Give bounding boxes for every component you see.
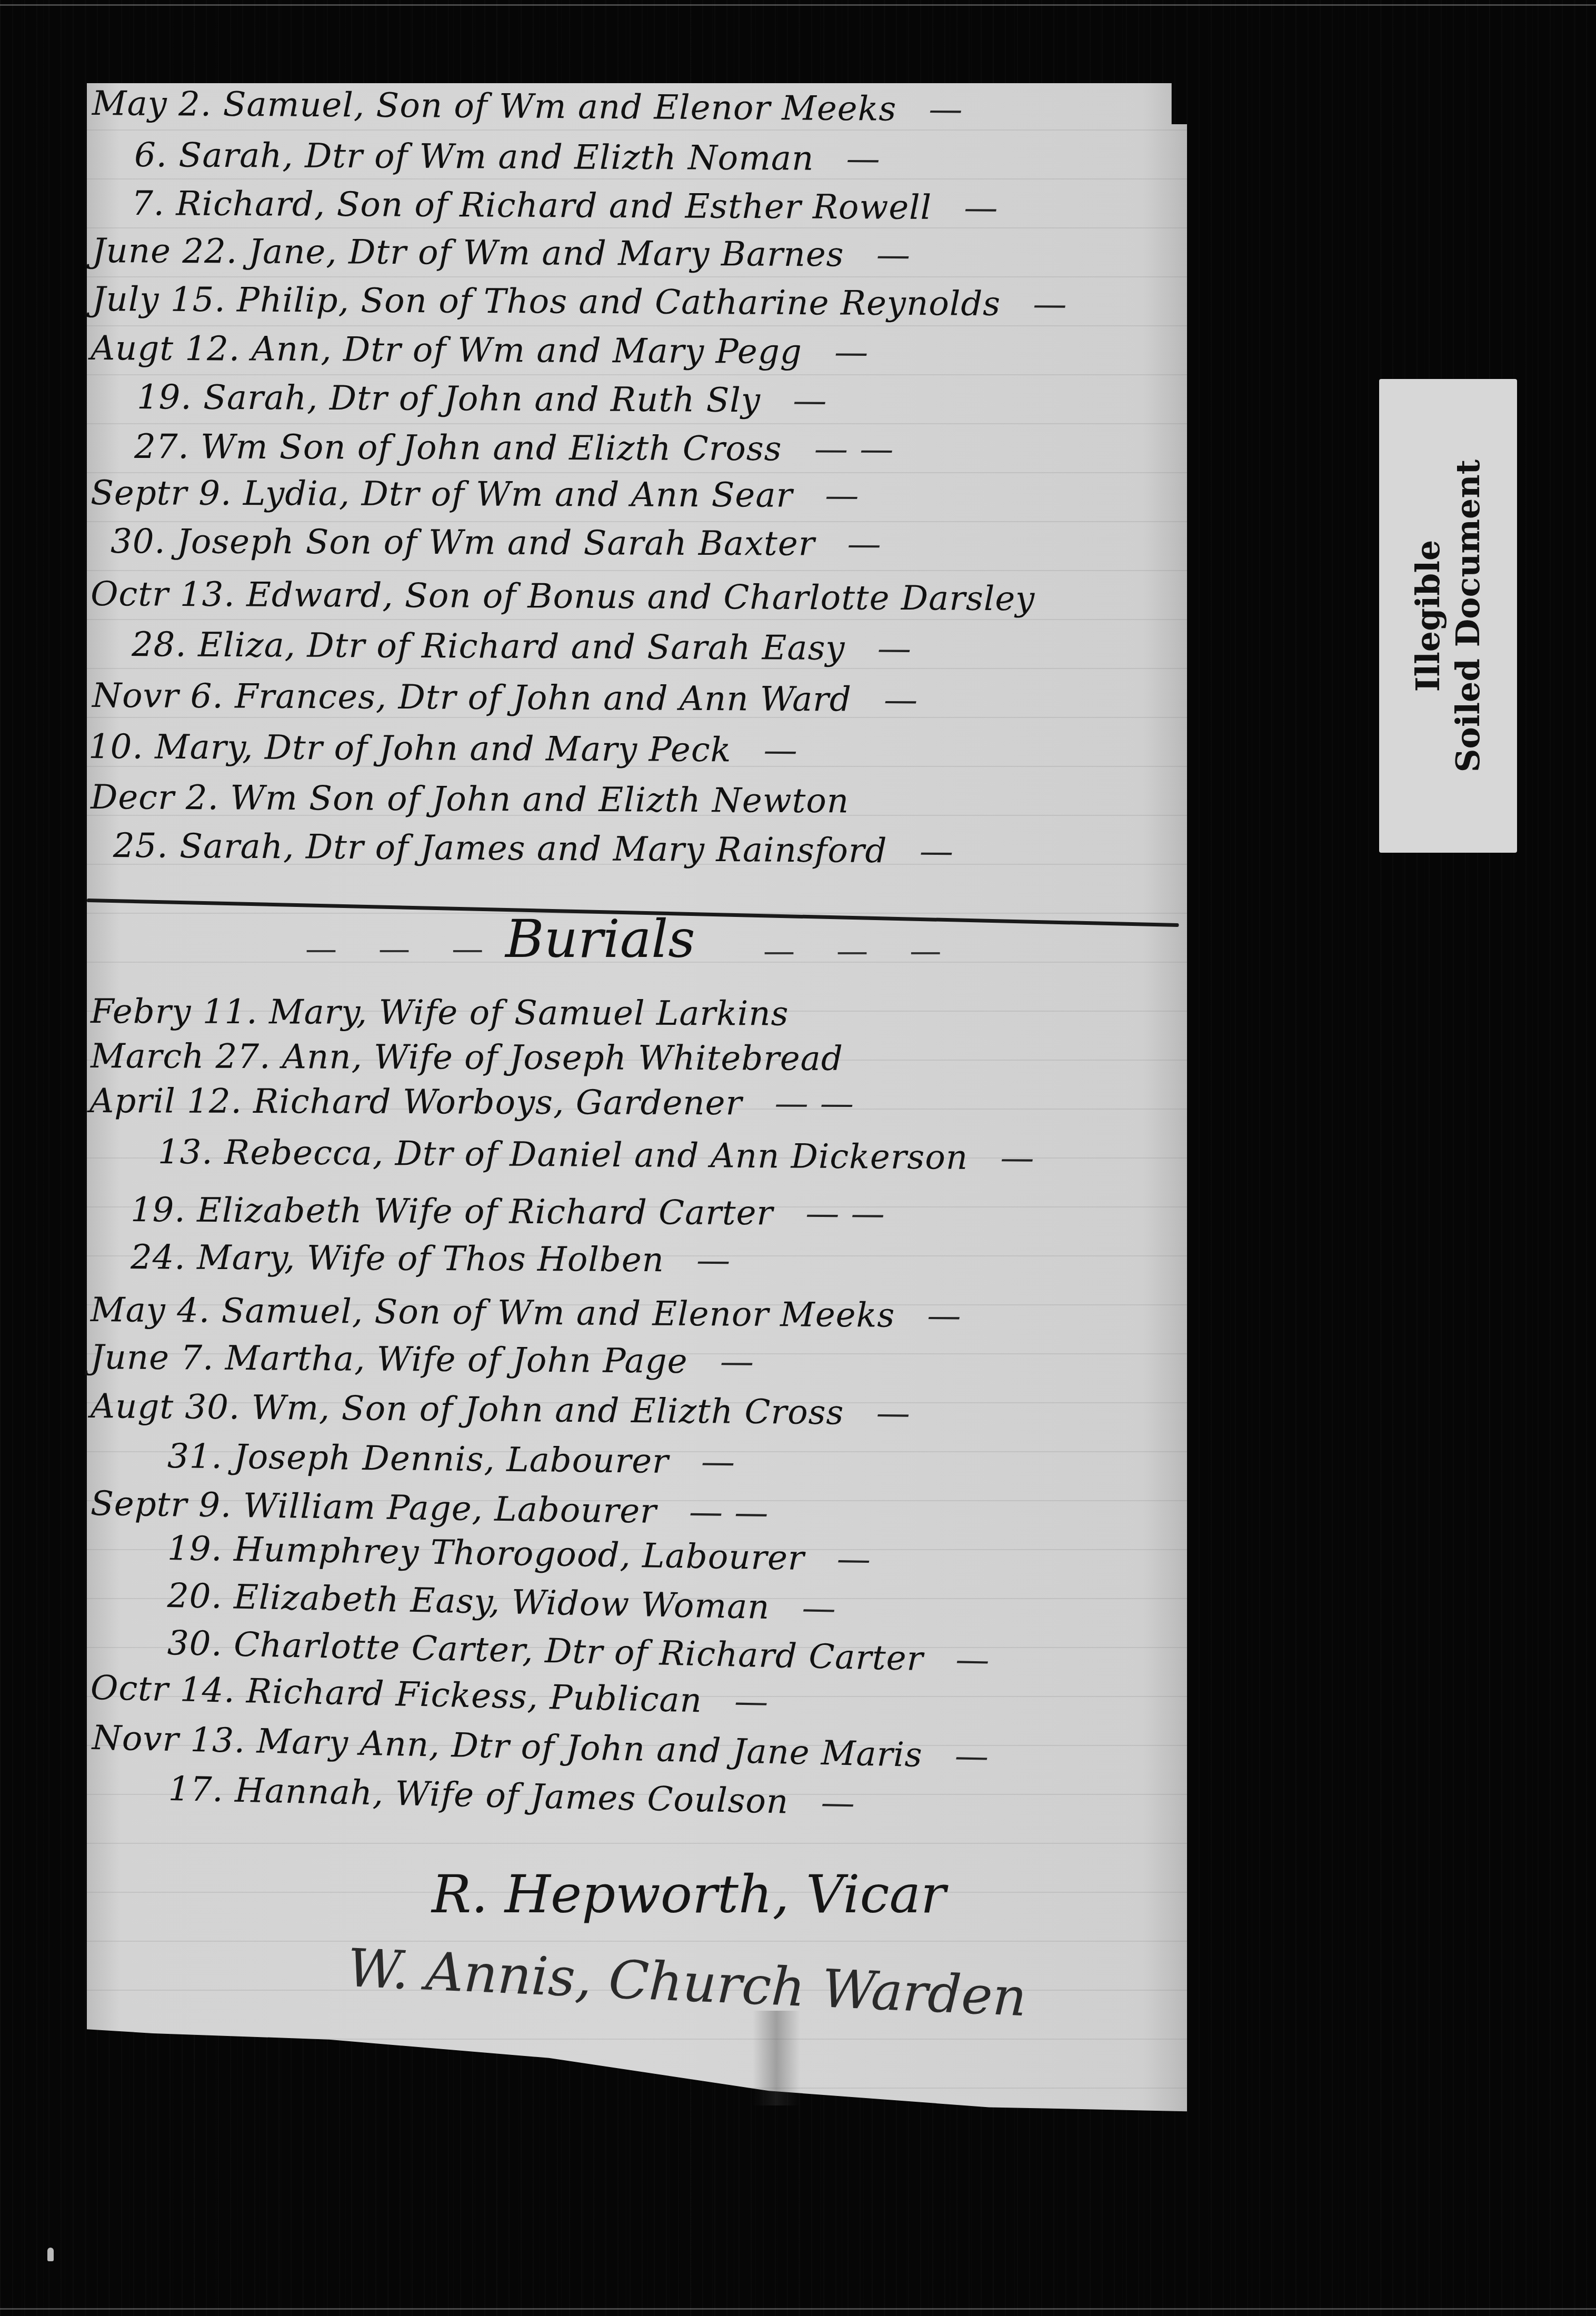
entry-trail: — (793, 382, 827, 421)
burial-entry: 13. Rebecca, Dtr of Daniel and Ann Dicke… (158, 1133, 1035, 1178)
entry-text: Samuel, Son of Wm and Elenor Meeks (223, 85, 896, 129)
entry-trail: — — (814, 430, 894, 470)
entry-date: Septr 9. (91, 474, 232, 513)
entry-trail: — (955, 1640, 991, 1680)
burial-entry: 19. Elizabeth Wife of Richard Carter — — (131, 1191, 885, 1234)
entry-trail: — (920, 832, 954, 871)
entry-trail: — (877, 629, 912, 668)
entry-trail: — (764, 731, 798, 770)
entry-date: 19. (131, 1191, 186, 1230)
baptism-entry: May 2. Samuel, Son of Wm and Elenor Meek… (92, 84, 963, 129)
entry-trail: — (720, 1342, 755, 1381)
entry-date: June 22. (92, 232, 237, 271)
entry-date: 17. (168, 1770, 224, 1810)
entry-text: Martha, Wife of John Page (225, 1339, 687, 1381)
baptism-entry: 30. Joseph Son of Wm and Sarah Baxter — (111, 522, 882, 564)
entry-trail: — (876, 1394, 911, 1433)
entry-date: 6. (134, 136, 167, 175)
entry-date: 31. (167, 1437, 223, 1476)
baptism-entry: Augt 12. Ann, Dtr of Wm and Mary Pegg — (91, 329, 869, 372)
entry-text: Eliza, Dtr of Richard and Sarah Easy (198, 626, 845, 668)
entry-text: Lydia, Dtr of Wm and Ann Sear (243, 474, 793, 515)
entry-date: 19. (137, 378, 192, 417)
entry-text: Ann, Wife of Joseph Whitebread (282, 1037, 843, 1079)
entry-text: Wm Son of John and Elizth Cross (201, 427, 782, 468)
entry-trail: — — (689, 1493, 769, 1533)
entry-date: 25. (113, 826, 168, 866)
entry-date: 7. (132, 184, 165, 223)
entry-date: 20. (167, 1576, 223, 1616)
baptism-entry: 27. Wm Son of John and Elizth Cross — — (134, 427, 894, 469)
baptism-entry: Novr 6. Frances, Dtr of John and Ann War… (92, 676, 918, 720)
label-line-illegible: Illegible (1408, 460, 1448, 772)
burial-entry: March 27. Ann, Wife of Joseph Whitebread (91, 1037, 864, 1079)
baptism-entry: July 15. Philip, Son of Thos and Cathari… (92, 280, 1068, 324)
entry-trail: — (929, 90, 963, 129)
entry-date: Augt 12. (91, 329, 241, 368)
entry-trail: — (1033, 285, 1067, 324)
baptism-entry: Septr 9. Lydia, Dtr of Wm and Ann Sear — (91, 474, 860, 515)
burial-entry: Augt 30. Wm, Son of John and Elizth Cros… (91, 1387, 911, 1433)
entry-text: Mary, Wife of Thos Holben (197, 1239, 664, 1280)
vicar-signature: R. Hepworth, Vicar (432, 1863, 946, 1925)
entry-date: 24. (131, 1238, 186, 1277)
entry-date: June 7. (91, 1338, 214, 1378)
entry-date: Septr 9. (90, 1484, 232, 1525)
entry-text: Sarah, Dtr of James and Mary Rainsford (179, 827, 887, 871)
film-frame-mark (47, 2248, 54, 2261)
entry-date: 27. (134, 427, 189, 466)
entry-date: Novr 6. (92, 676, 224, 716)
entry-date: April 12. (89, 1082, 242, 1121)
film-bottom-edge (0, 2308, 1596, 2310)
entry-trail: — (964, 188, 998, 227)
page-fold-shadow (753, 2011, 800, 2105)
entry-text: Sarah, Dtr of John and Ruth Sly (203, 378, 761, 421)
entry-trail: — (847, 525, 882, 564)
baptism-entry: 19. Sarah, Dtr of John and Ruth Sly — (137, 378, 827, 421)
entry-trail: — (846, 139, 880, 178)
label-text: Illegible Soiled Document (1408, 460, 1488, 772)
baptism-entry: June 22. Jane, Dtr of Wm and Mary Barnes… (92, 232, 911, 275)
entry-trail: — (802, 1589, 836, 1628)
entry-trail: — (884, 681, 918, 720)
entry-date: 30. (111, 522, 166, 561)
burial-entry: May 4. Samuel, Son of Wm and Elenor Meek… (91, 1291, 962, 1336)
baptism-entry: 7. Richard, Son of Richard and Esther Ro… (132, 184, 999, 228)
entry-trail: — (734, 1682, 769, 1722)
entry-text: Philip, Son of Thos and Catharine Reynol… (237, 281, 1001, 324)
heading-right-dashes: — — — (763, 933, 957, 970)
entry-text: Jane, Dtr of Wm and Mary Barnes (248, 233, 844, 275)
entry-trail: — (1000, 1139, 1035, 1177)
entry-trail: — (696, 1241, 731, 1280)
baptism-entry: 25. Sarah, Dtr of James and Mary Rainsfo… (113, 826, 954, 871)
entry-date: Novr 13. (92, 1719, 246, 1761)
entry-text: Joseph Son of Wm and Sarah Baxter (177, 522, 815, 563)
entry-date: 10. (88, 727, 144, 767)
entry-trail: — — (774, 1084, 854, 1124)
entry-date: Octr 13. (91, 575, 235, 614)
heading-left-dashes: — — — (305, 931, 499, 967)
burials-heading: Burials (505, 908, 695, 970)
entry-date: 28. (132, 625, 187, 665)
entry-date: Febry 11. (91, 992, 258, 1032)
baptism-entry: Decr 2. Wm Son of John and Elizth Newton (91, 778, 870, 821)
entry-text: Ann, Dtr of Wm and Mary Pegg (251, 330, 802, 372)
burial-entry: Febry 11. Mary, Wife of Samuel Larkins (91, 992, 810, 1034)
entry-text: Samuel, Son of Wm and Elenor Meeks (221, 1292, 895, 1335)
entry-trail: — (701, 1443, 736, 1482)
entry-text: Sarah, Dtr of Wm and Elizth Noman (178, 136, 814, 178)
baptism-entry: Octr 13. Edward, Son of Bonus and Charlo… (91, 575, 1056, 619)
entry-date: May 2. (92, 84, 212, 124)
entry-date: 30. (167, 1624, 223, 1664)
entry-trail: — (876, 236, 911, 275)
entry-text: Richard, Son of Richard and Esther Rowel… (176, 184, 932, 227)
entry-text: Wm Son of John and Elizth Newton (230, 778, 849, 821)
entry-text: Frances, Dtr of John and Ann Ward (235, 677, 852, 719)
entry-date: July 15. (92, 280, 226, 320)
entry-date: March 27. (91, 1037, 271, 1076)
entry-date: Decr 2. (91, 778, 219, 817)
entry-trail: — (927, 1296, 962, 1335)
entry-trail: — (836, 1540, 871, 1579)
entry-text: Joseph Dennis, Labourer (234, 1437, 669, 1481)
illegible-soiled-label: Illegible Soiled Document (1379, 379, 1517, 853)
entry-trail: — (954, 1736, 990, 1776)
entry-trail: — (825, 476, 859, 515)
entry-date: Augt 30. (91, 1387, 241, 1427)
entry-date: 19. (167, 1529, 223, 1569)
entry-text: Edward, Son of Bonus and Charlotte Darsl… (246, 576, 1035, 619)
entry-date: Octr 14. (90, 1669, 235, 1711)
baptism-entry: 28. Eliza, Dtr of Richard and Sarah Easy… (132, 625, 912, 668)
burial-entry: June 7. Martha, Wife of John Page — (91, 1338, 754, 1382)
burial-entry: 31. Joseph Dennis, Labourer — (167, 1437, 736, 1482)
entry-text: Elizabeth Wife of Richard Carter (197, 1191, 773, 1233)
entry-text: William Page, Labourer (243, 1486, 657, 1531)
entry-text: Wm, Son of John and Elizth Cross (251, 1389, 844, 1433)
film-top-edge (0, 4, 1596, 6)
entry-trail: — (834, 333, 869, 372)
entry-text: Rebecca, Dtr of Daniel and Ann Dickerson (224, 1133, 968, 1177)
entry-trail: — — (805, 1194, 885, 1234)
baptism-entry: 10. Mary, Dtr of John and Mary Peck — (88, 727, 798, 770)
entry-text: Mary, Wife of Samuel Larkins (269, 993, 789, 1033)
entry-text: Richard Worboys, Gardener (253, 1082, 742, 1123)
entry-text: Mary, Dtr of John and Mary Peck (155, 728, 732, 770)
burial-entry: 24. Mary, Wife of Thos Holben — (131, 1238, 731, 1280)
entry-trail: — (821, 1783, 856, 1823)
burial-entry: April 12. Richard Worboys, Gardener — — (89, 1082, 854, 1123)
label-line-soiled-document: Soiled Document (1448, 460, 1488, 772)
entry-date: 13. (158, 1133, 213, 1172)
entry-date: May 4. (91, 1291, 211, 1331)
baptism-entry: 6. Sarah, Dtr of Wm and Elizth Noman — (134, 136, 881, 178)
